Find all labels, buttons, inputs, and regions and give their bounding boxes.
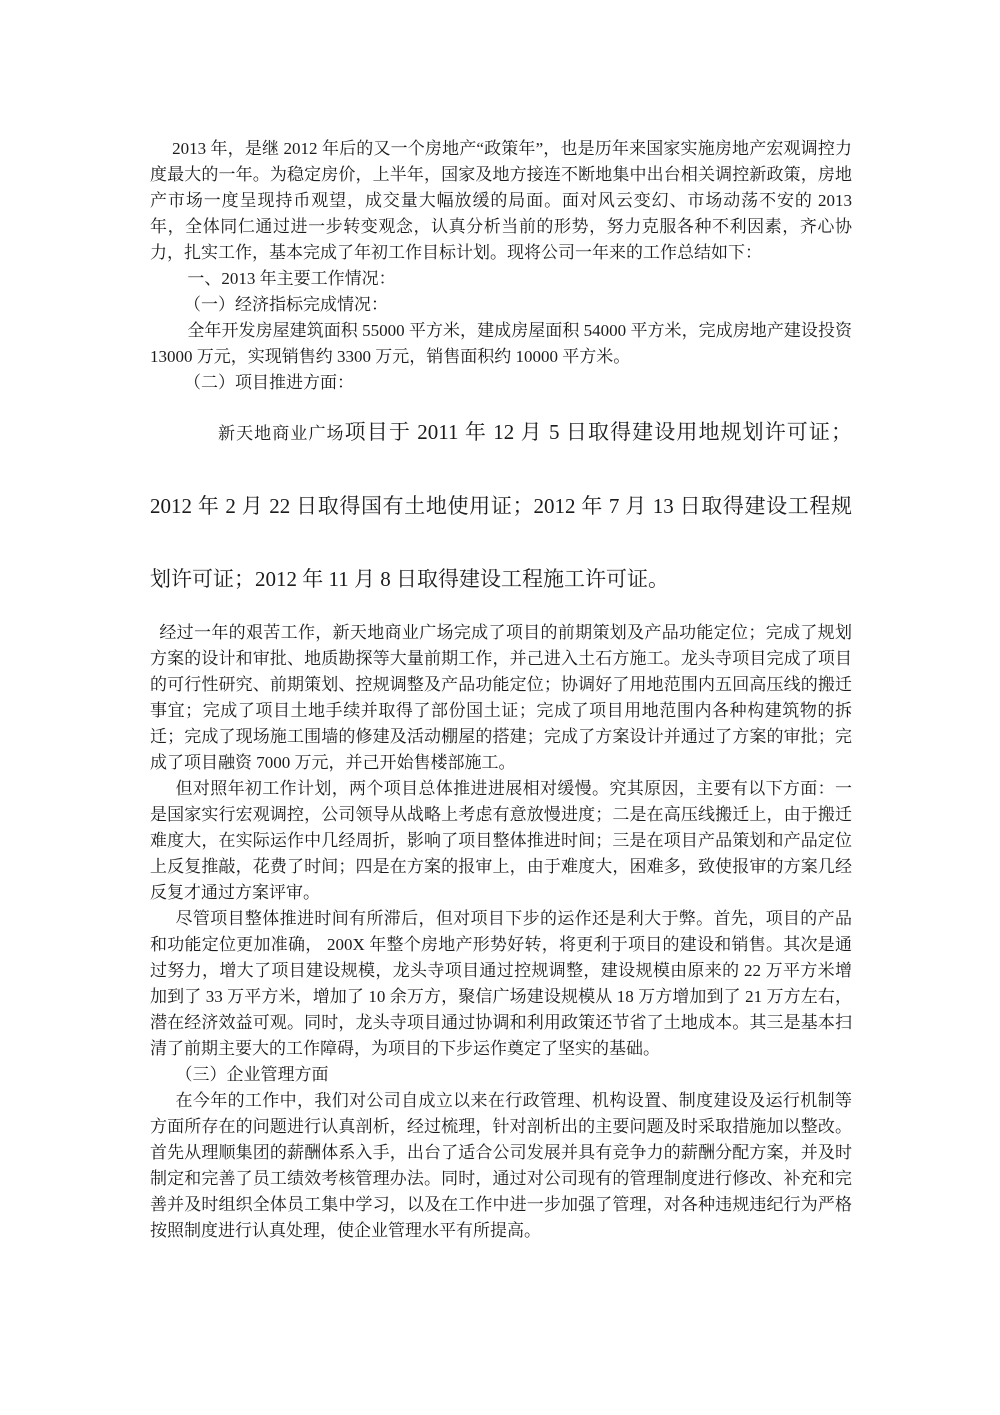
delays-paragraph: 但对照年初工作计划，两个项目总体推进进展相对缓慢。究其原因，主要有以下方面：一是… xyxy=(150,776,852,906)
economic-indicators-heading: （一）经济指标完成情况： xyxy=(150,292,852,318)
permits-lead-text: 新天地商业广场 xyxy=(218,424,345,443)
project-progress-heading: （二）项目推进方面： xyxy=(150,370,852,396)
management-body: 在今年的工作中，我们对公司自成立以来在行政管理、机构设置、制度建设及运行机制等方… xyxy=(150,1088,852,1244)
permits-body-text: 项目于 2011 年 12 月 5 日取得建设用地规划许可证；2012 年 2 … xyxy=(150,420,852,591)
progress-paragraph: 经过一年的艰苦工作，新天地商业广场完成了项目的前期策划及产品功能定位；完成了规划… xyxy=(150,620,852,776)
management-heading: （三）企业管理方面 xyxy=(150,1062,852,1088)
intro-paragraph: 2013 年，是继 2012 年后的又一个房地产“政策年”，也是历年来国家实施房… xyxy=(150,136,852,266)
document-page: 2013 年，是继 2012 年后的又一个房地产“政策年”，也是历年来国家实施房… xyxy=(0,0,1000,1415)
outlook-paragraph: 尽管项目整体推进时间有所滞后，但对项目下步的运作还是利大于弊。首先，项目的产品和… xyxy=(150,906,852,1062)
section-1-heading: 一、2013 年主要工作情况： xyxy=(150,266,852,292)
economic-indicators-body: 全年开发房屋建筑面积 55000 平方米，建成房屋面积 54000 平方米，完成… xyxy=(150,318,852,370)
permits-paragraph: 新天地商业广场项目于 2011 年 12 月 5 日取得建设用地规划许可证；20… xyxy=(150,396,852,616)
